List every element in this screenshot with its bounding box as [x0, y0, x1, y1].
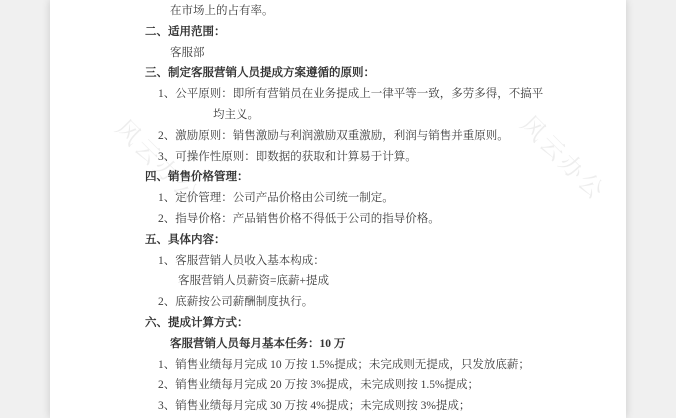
document-line: 2、底薪按公司薪酬制度执行。: [158, 292, 543, 313]
document-line: 二、适用范围：: [145, 22, 543, 43]
document-line: 2、指导价格：产品销售价格不得低于公司的指导价格。: [158, 209, 543, 230]
document-line: 五、具体内容：: [145, 230, 543, 251]
document-line: 3、销售业绩每月完成 30 万按 4%提成；未完成则按 3%提成；: [158, 396, 543, 417]
document-line: 六、提成计算方式：: [145, 313, 543, 334]
document-body: 在市场上的占有率。二、适用范围：客服部三、制定客服营销人员提成方案遵循的原则：1…: [145, 1, 543, 417]
document-line: 客服部: [170, 43, 543, 64]
document-line: 1、定价管理：公司产品价格由公司统一制定。: [158, 188, 543, 209]
document-line: 2、销售业绩每月完成 20 万按 3%提成，未完成则按 1.5%提成；: [158, 375, 543, 396]
document-viewport: 风云办公 风云办公 在市场上的占有率。二、适用范围：客服部三、制定客服营销人员提…: [0, 0, 676, 418]
document-line: 均主义。: [213, 105, 543, 126]
document-line: 1、公平原则：即所有营销员在业务提成上一律平等一致，多劳多得，不搞平: [158, 84, 543, 105]
document-line: 2、激励原则：销售激励与利润激励双重激励，利润与销售并重原则。: [158, 126, 543, 147]
document-line: 1、销售业绩每月完成 10 万按 1.5%提成；未完成则无提成，只发放底薪；: [158, 355, 543, 376]
document-line: 1、客服营销人员收入基本构成：: [158, 251, 543, 272]
document-page: 风云办公 风云办公 在市场上的占有率。二、适用范围：客服部三、制定客服营销人员提…: [50, 0, 626, 418]
document-line: 客服营销人员薪资=底薪+提成: [178, 271, 543, 292]
document-line: 四、销售价格管理：: [145, 167, 543, 188]
document-line: 客服营销人员每月基本任务：10 万: [170, 334, 543, 355]
document-line: 3、可操作性原则：即数据的获取和计算易于计算。: [158, 147, 543, 168]
document-line: 在市场上的占有率。: [170, 1, 543, 22]
document-line: 三、制定客服营销人员提成方案遵循的原则：: [145, 63, 543, 84]
